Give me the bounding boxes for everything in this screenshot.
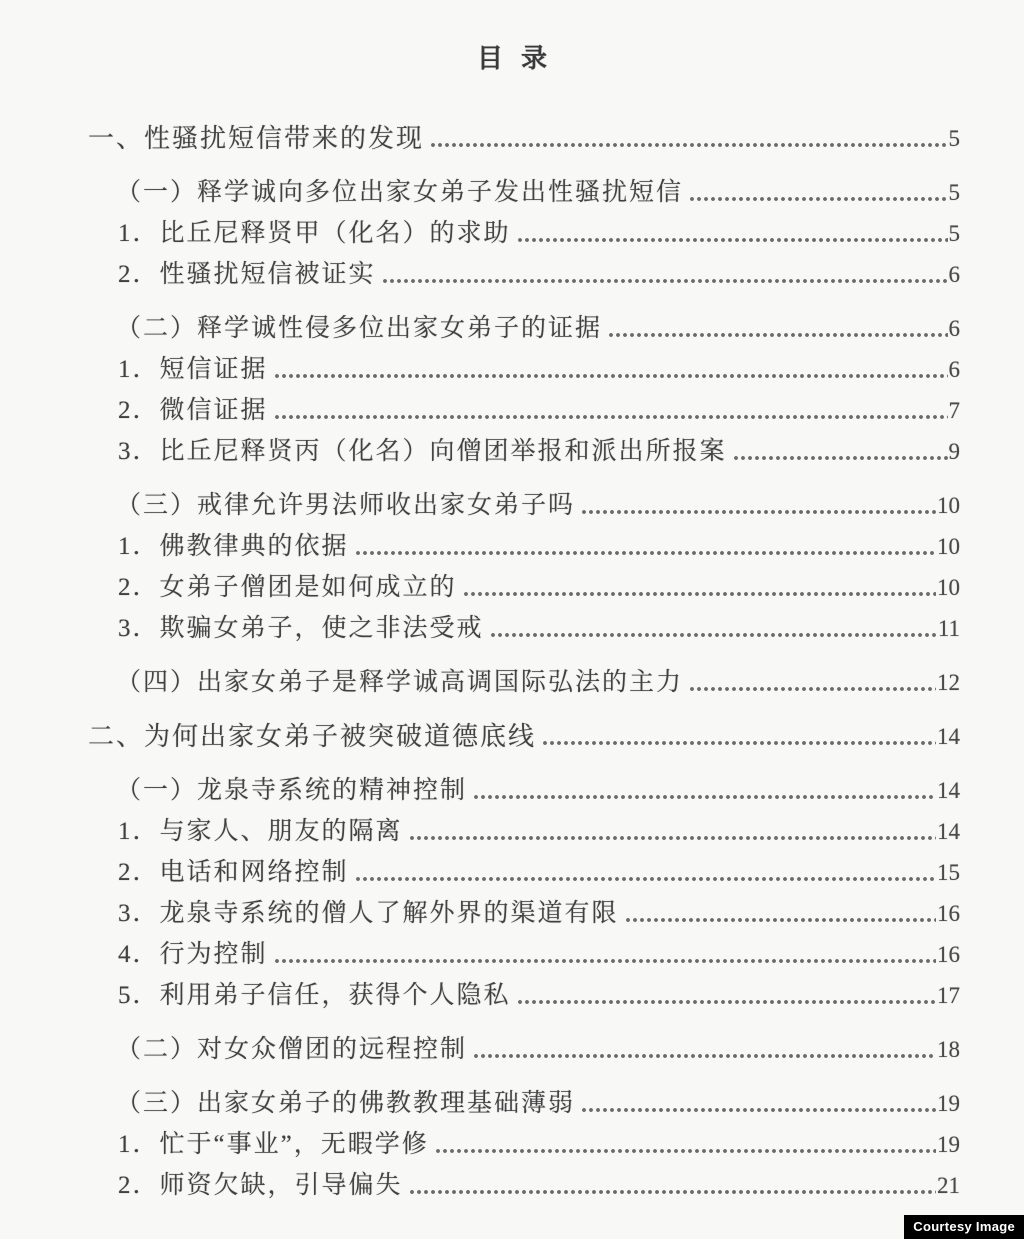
toc-entry: 3．龙泉寺系统的僧人了解外界的渠道有限 16 (88, 892, 960, 933)
dotted-leader (689, 661, 936, 702)
toc-entry-label: （三）戒律允许男法师收出家女弟子吗 (116, 487, 575, 525)
dotted-leader (517, 974, 936, 1015)
toc-page-number: 6 (949, 256, 961, 294)
dotted-leader (274, 348, 948, 389)
toc-entry-label: 3．比丘尼释贤丙（化名）向僧团举报和派出所报案 (118, 433, 727, 471)
toc-entry: 1．短信证据 6 (88, 348, 960, 389)
toc-entry: 2．师资欠缺，引导偏失 21 (88, 1164, 960, 1205)
toc-page-number: 10 (937, 528, 960, 566)
toc-entry: （四）出家女弟子是释学诚高调国际弘法的主力 12 (88, 661, 960, 702)
toc-entry-label: 2．电话和网络控制 (118, 854, 349, 892)
toc-page-number: 19 (937, 1126, 960, 1164)
toc-list: 一、性骚扰短信带来的发现 5 （一）释学诚向多位出家女弟子发出性骚扰短信 5 1… (0, 117, 1024, 1205)
toc-page-number: 16 (937, 895, 960, 933)
toc-page-number: 19 (937, 1085, 960, 1123)
toc-entry-label: 3．龙泉寺系统的僧人了解外界的渠道有限 (118, 895, 619, 933)
page-title: 目录 (0, 38, 1024, 75)
dotted-leader (490, 607, 937, 648)
toc-entry-label: （二）释学诚性侵多位出家女弟子的证据 (116, 310, 602, 348)
dotted-leader (274, 389, 948, 430)
toc-entry: 1．与家人、朋友的隔离 14 (88, 810, 960, 851)
toc-page-number: 15 (937, 854, 960, 892)
toc-page-number: 18 (937, 1031, 960, 1069)
toc-page-number: 17 (937, 977, 960, 1015)
toc-page-number: 6 (949, 310, 961, 348)
toc-entry-label: 1．短信证据 (118, 351, 268, 389)
dotted-leader (733, 430, 948, 471)
toc-entry: （二）释学诚性侵多位出家女弟子的证据 6 (88, 307, 960, 348)
dotted-leader (473, 1028, 936, 1069)
dotted-leader (409, 810, 936, 851)
dotted-leader (473, 769, 936, 810)
document-page: 目录 一、性骚扰短信带来的发现 5 （一）释学诚向多位出家女弟子发出性骚扰短信 … (0, 0, 1024, 1239)
courtesy-image-badge: Courtesy Image (904, 1215, 1024, 1239)
toc-entry-label: 2．女弟子僧团是如何成立的 (118, 569, 457, 607)
toc-page-number: 12 (937, 664, 960, 702)
toc-entry-label: 1．忙于“事业”，无暇学修 (118, 1126, 429, 1164)
toc-entry-label: 2．性骚扰短信被证实 (118, 256, 376, 294)
toc-entry-label: （三）出家女弟子的佛教教理基础薄弱 (116, 1085, 575, 1123)
toc-entry-label: （四）出家女弟子是释学诚高调国际弘法的主力 (116, 664, 683, 702)
toc-entry: 2．微信证据 7 (88, 389, 960, 430)
toc-entry: 1．忙于“事业”，无暇学修 19 (88, 1123, 960, 1164)
toc-entry: （一）龙泉寺系统的精神控制 14 (88, 769, 960, 810)
toc-entry-label: 1．比丘尼释贤甲（化名）的求助 (118, 215, 511, 253)
toc-entry: 3．比丘尼释贤丙（化名）向僧团举报和派出所报案 9 (88, 430, 960, 471)
dotted-leader (430, 117, 947, 158)
toc-entry: 二、为何出家女弟子被突破道德底线 14 (88, 715, 960, 756)
toc-entry-label: 4．行为控制 (118, 936, 268, 974)
toc-page-number: 10 (937, 569, 960, 607)
dotted-leader (689, 171, 947, 212)
toc-entry-label: 3．欺骗女弟子，使之非法受戒 (118, 610, 484, 648)
dotted-leader (382, 253, 948, 294)
dotted-leader (409, 1164, 936, 1205)
toc-entry-label: 1．佛教律典的依据 (118, 528, 349, 566)
toc-entry-label: 1．与家人、朋友的隔离 (118, 813, 403, 851)
dotted-leader (581, 1082, 936, 1123)
toc-page-number: 7 (949, 392, 961, 430)
toc-entry-label: （一）释学诚向多位出家女弟子发出性骚扰短信 (116, 174, 683, 212)
dotted-leader (274, 933, 936, 974)
toc-entry-label: （一）龙泉寺系统的精神控制 (116, 772, 467, 810)
toc-page-number: 5 (949, 174, 961, 212)
toc-entry-label: 2．师资欠缺，引导偏失 (118, 1167, 403, 1205)
toc-entry: 3．欺骗女弟子，使之非法受戒 11 (88, 607, 960, 648)
toc-entry-label: （二）对女众僧团的远程控制 (116, 1031, 467, 1069)
toc-page-number: 16 (937, 936, 960, 974)
toc-entry-label: 5．利用弟子信任，获得个人隐私 (118, 977, 511, 1015)
dotted-leader (542, 715, 936, 756)
toc-entry: （二）对女众僧团的远程控制 18 (88, 1028, 960, 1069)
toc-page-number: 6 (949, 351, 961, 389)
toc-entry: （一）释学诚向多位出家女弟子发出性骚扰短信 5 (88, 171, 960, 212)
toc-entry: （三）出家女弟子的佛教教理基础薄弱 19 (88, 1082, 960, 1123)
toc-entry: 2．性骚扰短信被证实 6 (88, 253, 960, 294)
toc-entry: 5．利用弟子信任，获得个人隐私 17 (88, 974, 960, 1015)
toc-entry-label: 2．微信证据 (118, 392, 268, 430)
toc-entry: （三）戒律允许男法师收出家女弟子吗 10 (88, 484, 960, 525)
toc-entry: 1．佛教律典的依据 10 (88, 525, 960, 566)
toc-entry: 2．电话和网络控制 15 (88, 851, 960, 892)
toc-entry-label: 二、为何出家女弟子被突破道德底线 (88, 718, 536, 756)
toc-page-number: 5 (949, 215, 961, 253)
dotted-leader (355, 851, 936, 892)
toc-entry: 4．行为控制 16 (88, 933, 960, 974)
dotted-leader (463, 566, 936, 607)
toc-page-number: 5 (949, 120, 961, 158)
toc-page-number: 14 (937, 718, 960, 756)
dotted-leader (608, 307, 947, 348)
toc-page-number: 14 (937, 772, 960, 810)
dotted-leader (581, 484, 936, 525)
toc-page-number: 9 (949, 433, 961, 471)
toc-page-number: 21 (937, 1167, 960, 1205)
toc-entry: 一、性骚扰短信带来的发现 5 (88, 117, 960, 158)
dotted-leader (435, 1123, 936, 1164)
toc-page-number: 11 (938, 610, 960, 648)
dotted-leader (625, 892, 936, 933)
dotted-leader (355, 525, 936, 566)
toc-entry: 2．女弟子僧团是如何成立的 10 (88, 566, 960, 607)
toc-entry-label: 一、性骚扰短信带来的发现 (88, 120, 424, 158)
toc-entry: 1．比丘尼释贤甲（化名）的求助 5 (88, 212, 960, 253)
toc-page-number: 10 (937, 487, 960, 525)
dotted-leader (517, 212, 948, 253)
toc-page-number: 14 (937, 813, 960, 851)
